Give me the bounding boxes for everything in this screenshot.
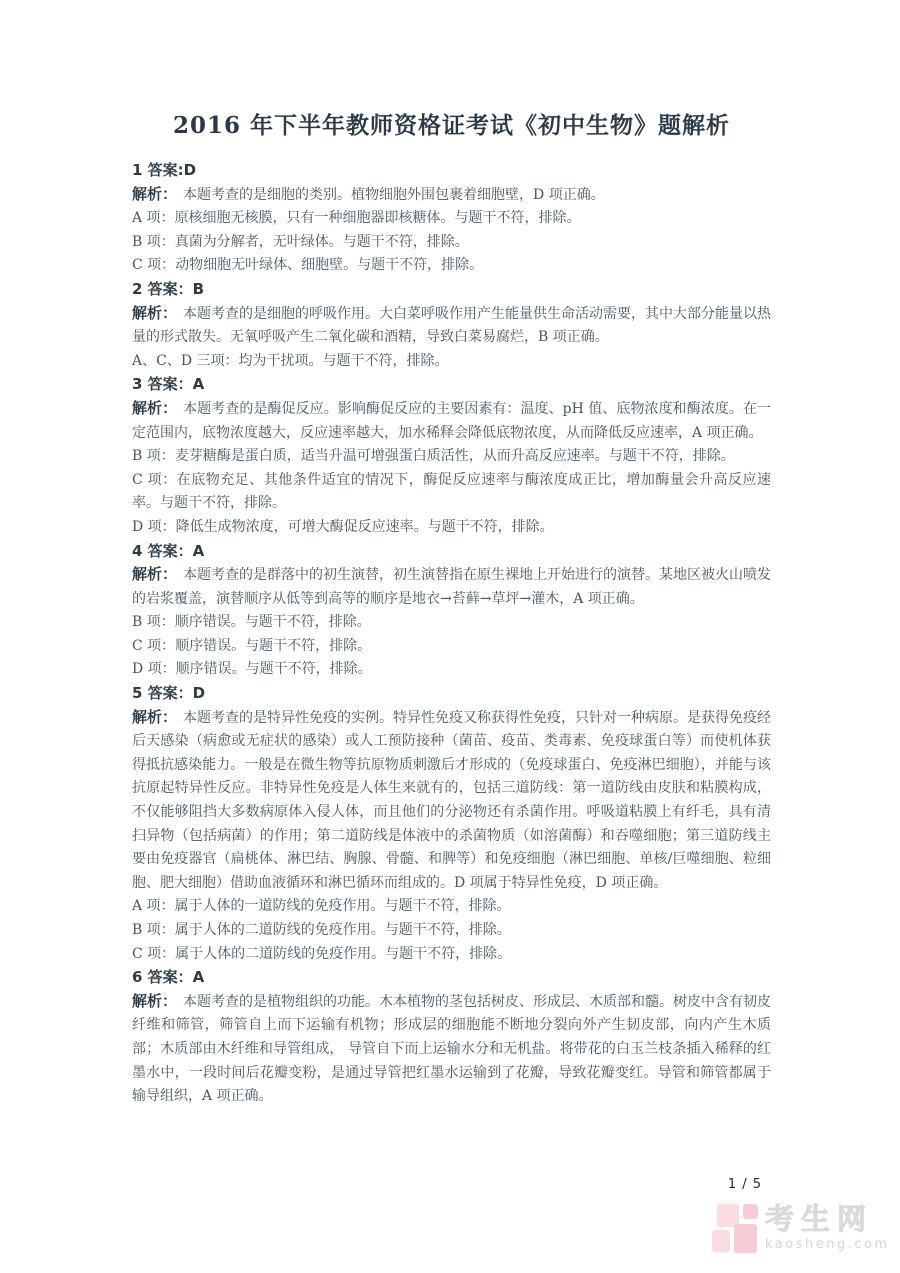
- kaosheng-logo-mark-icon: [712, 1204, 758, 1253]
- option-line: C 项：属于人体的二道防线的免疫作用。与题干不符，排除。: [132, 943, 771, 967]
- option-line: C 项：动物细胞无叶绿体、细胞壁。与题干不符，排除。: [132, 254, 771, 278]
- analysis-paragraph: 解析：本题考查的是植物组织的功能。木本植物的茎包括树皮、形成层、木质部和髓。树皮…: [132, 990, 771, 1109]
- analysis-text: 本题考查的是群落中的初生演替，初生演替指在原生裸地上开始进行的演替。某地区被火山…: [132, 567, 771, 607]
- analysis-label: 解析：: [132, 565, 177, 583]
- option-line: B 项：真菌为分解者，无叶绿体。与题干不符，排除。: [132, 231, 771, 255]
- analysis-paragraph: 解析：本题考查的是特异性免疫的实例。特异性免疫又称获得性免疫，只针对一种病原。是…: [132, 706, 771, 896]
- analysis-label: 解析：: [132, 992, 177, 1010]
- analysis-label: 解析：: [132, 708, 177, 726]
- analysis-paragraph: 解析：本题考查的是酶促反应。影响酶促反应的主要因素有：温度、pH 值、底物浓度和…: [132, 397, 771, 445]
- answer-heading: 4 答案：A: [132, 540, 771, 564]
- logo-block-icon: [743, 1204, 758, 1219]
- page-number: 1 / 5: [728, 1177, 762, 1192]
- kaosheng-logo: 考生网 kaosheng.com: [712, 1204, 882, 1256]
- analysis-text: 本题考查的是细胞的呼吸作用。大白菜呼吸作用产生能量供生命活动需要，其中大部分能量…: [132, 306, 771, 346]
- answer-heading: 3 答案：A: [132, 373, 771, 397]
- answer-heading: 1 答案:D: [132, 159, 771, 183]
- analysis-text: 本题考查的是植物组织的功能。木本植物的茎包括树皮、形成层、木质部和髓。树皮中含有…: [132, 994, 771, 1104]
- answer-heading: 5 答案：D: [132, 682, 771, 706]
- analysis-text: 本题考查的是细胞的类别。植物细胞外围包裹着细胞壁，D 项正确。: [183, 187, 605, 203]
- logo-block-icon: [712, 1230, 730, 1252]
- analysis-label: 解析：: [132, 185, 177, 203]
- analysis-paragraph: 解析：本题考查的是细胞的类别。植物细胞外围包裹着细胞壁，D 项正确。: [132, 183, 771, 208]
- option-line: A 项：属于人体的一道防线的免疫作用。与题干不符，排除。: [132, 895, 771, 919]
- logo-block-icon: [734, 1224, 757, 1253]
- analysis-paragraph: 解析：本题考查的是群落中的初生演替，初生演替指在原生裸地上开始进行的演替。某地区…: [132, 563, 771, 611]
- analysis-text: 本题考查的是特异性免疫的实例。特异性免疫又称获得性免疫，只针对一种病原。是获得免…: [132, 710, 771, 891]
- analysis-paragraph: 解析：本题考查的是细胞的呼吸作用。大白菜呼吸作用产生能量供生命活动需要，其中大部…: [132, 302, 771, 350]
- option-line: B 项：顺序错误。与题干不符，排除。: [132, 611, 771, 635]
- qa-section-4: 4 答案：A 解析：本题考查的是群落中的初生演替，初生演替指在原生裸地上开始进行…: [132, 540, 771, 683]
- option-line: A、C、D 三项：均为干扰项。与题干不符，排除。: [132, 350, 771, 374]
- option-line: A 项：原核细胞无核膜，只有一种细胞器即核糖体。与题干不符，排除。: [132, 207, 771, 231]
- option-line: B 项：麦芽糖酶是蛋白质，适当升温可增强蛋白质活性，从而升高反应速率。与题干不符…: [132, 445, 771, 469]
- option-line: C 项：顺序错误。与题干不符，排除。: [132, 635, 771, 659]
- analysis-text: 本题考查的是酶促反应。影响酶促反应的主要因素有：温度、pH 值、底物浓度和酶浓度…: [132, 401, 771, 441]
- logo-domain: kaosheng.com: [765, 1237, 890, 1252]
- qa-section-6: 6 答案：A 解析：本题考查的是植物组织的功能。木本植物的茎包括树皮、形成层、木…: [132, 966, 771, 1109]
- analysis-label: 解析：: [132, 304, 177, 322]
- logo-text-block: 考生网 kaosheng.com: [765, 1204, 890, 1252]
- qa-section-1: 1 答案:D 解析：本题考查的是细胞的类别。植物细胞外围包裹着细胞壁，D 项正确…: [132, 159, 771, 278]
- document-page: { "title": "2016 年下半年教师资格证考试《初中生物》题解析", …: [0, 0, 900, 1273]
- option-line: B 项：属于人体的二道防线的免疫作用。与题干不符，排除。: [132, 919, 771, 943]
- page-title: 2016 年下半年教师资格证考试《初中生物》题解析: [132, 110, 771, 142]
- answer-heading: 2 答案：B: [132, 278, 771, 302]
- qa-section-2: 2 答案：B 解析：本题考查的是细胞的呼吸作用。大白菜呼吸作用产生能量供生命活动…: [132, 278, 771, 373]
- qa-section-3: 3 答案：A 解析：本题考查的是酶促反应。影响酶促反应的主要因素有：温度、pH …: [132, 373, 771, 539]
- analysis-label: 解析：: [132, 399, 177, 417]
- answer-heading: 6 答案：A: [132, 966, 771, 990]
- option-line: C 项：在底物充足、其他条件适宜的情况下，酶促反应速率与酶浓度成正比，增加酶量会…: [132, 469, 771, 516]
- option-line: D 项：顺序错误。与题干不符，排除。: [132, 658, 771, 682]
- document-content: 2016 年下半年教师资格证考试《初中生物》题解析 1 答案:D 解析：本题考查…: [132, 110, 771, 1109]
- option-line: D 项：降低生成物浓度，可增大酶促反应速率。与题干不符，排除。: [132, 516, 771, 540]
- qa-section-5: 5 答案：D 解析：本题考查的是特异性免疫的实例。特异性免疫又称获得性免疫，只针…: [132, 682, 771, 966]
- logo-name: 考生网: [765, 1204, 890, 1235]
